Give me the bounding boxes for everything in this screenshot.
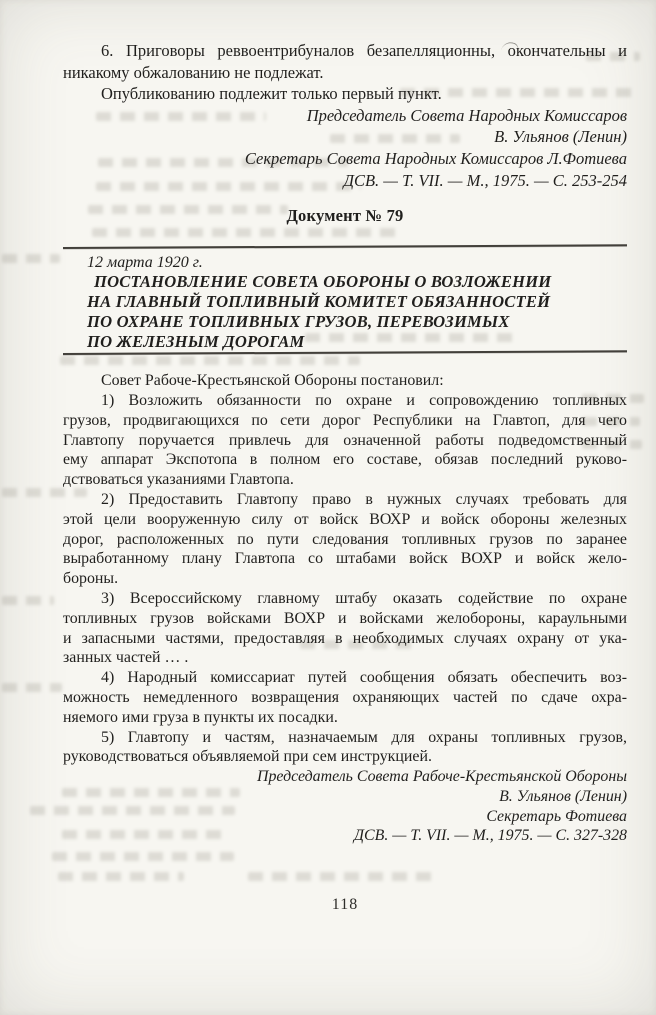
- text-line: этой цели вооруженную силу от войск ВОХР…: [63, 510, 627, 530]
- text-line: Опубликованию подлежит только первый пун…: [63, 83, 627, 105]
- title-line: ПОСТАНОВЛЕНИЕ СОВЕТА ОБОРОНЫ О ВОЗЛОЖЕНИ…: [87, 272, 627, 292]
- text-line: няемого ими груза в пункты их посадки.: [63, 708, 627, 728]
- text-line: занных частей … .: [63, 648, 627, 668]
- title-line: НА ГЛАВНЫЙ ТОПЛИВНЫЙ КОМИТЕТ ОБЯЗАННОСТЕ…: [87, 292, 627, 312]
- text-line: бороны.: [63, 569, 627, 589]
- text-line: Совет Рабоче-Крестьянской Обороны постан…: [63, 371, 627, 391]
- doc79-title: ПОСТАНОВЛЕНИЕ СОВЕТА ОБОРОНЫ О ВОЗЛОЖЕНИ…: [87, 272, 627, 352]
- bleed-through-artifact: [58, 872, 184, 881]
- doc79-paragraph-4: 4) Народный комиссариат путей сообщения …: [63, 668, 627, 727]
- doc79-paragraph-2: 2) Предоставить Главтопу право в нужных …: [63, 490, 627, 589]
- page-number: 118: [63, 896, 627, 914]
- doc79-paragraph-5: 5) Главтопу и частям, назначаемым для ох…: [63, 728, 627, 768]
- doc78-source-block: ДСВ. — Т. VII. — М., 1975. — С. 253-254: [63, 170, 627, 192]
- bleed-through-artifact: [2, 596, 54, 605]
- doc79-date: 12 марта 1920 г.: [87, 253, 627, 272]
- text-line: дорог, расположенных по пути следования …: [63, 530, 627, 550]
- signature-line: Председатель Совета Народных Комиссаров: [63, 105, 627, 127]
- text-line: 4) Народный комиссариат путей сообщения …: [63, 668, 627, 688]
- text-line: грузов, продвигающихся по сети дорог Рес…: [63, 411, 627, 431]
- text-line: топливных грузов войсками ВОХР и войскам…: [63, 609, 627, 629]
- text-line: дствоваться указаниями Главтопа.: [63, 470, 627, 490]
- doc78-signature-block: Председатель Совета Народных КомиссаровВ…: [63, 105, 627, 170]
- text-line: ему аппарат Экспотопа в полном его соста…: [63, 450, 627, 470]
- text-line: руководствоваться объявляемой при сем ин…: [63, 747, 627, 767]
- bleed-through-artifact: [2, 683, 62, 692]
- page-column: 6. Приговоры реввоентрибуналов безапелля…: [63, 40, 627, 846]
- signature-line: Секретарь Фотиева: [63, 807, 627, 827]
- scanned-book-page: 6. Приговоры реввоентрибуналов безапелля…: [0, 0, 656, 1015]
- bleed-through-artifact: [2, 254, 60, 263]
- text-line: 2) Предоставить Главтопу право в нужных …: [63, 490, 627, 510]
- doc79-title-block: 12 марта 1920 г. ПОСТАНОВЛЕНИЕ СОВЕТА ОБ…: [63, 249, 627, 353]
- doc78-closing: 6. Приговоры реввоентрибуналов безапелля…: [63, 40, 627, 191]
- signature-line: В. Ульянов (Ленин): [63, 126, 627, 148]
- doc79-heading-label: Документ № 79: [63, 206, 627, 226]
- doc78-publish-note: Опубликованию подлежит только первый пун…: [63, 83, 627, 105]
- bleed-through-artifact: [248, 872, 438, 881]
- text-line: 3) Всероссийскому главному штабу оказать…: [63, 589, 627, 609]
- doc79-signature-block: Председатель Совета Рабоче-Крестьянской …: [63, 767, 627, 826]
- doc79-paragraph-1: 1) Возложить обязанности по охране и соп…: [63, 391, 627, 490]
- text-line: 1) Возложить обязанности по охране и соп…: [63, 391, 627, 411]
- text-line: можность немедленного возвращения охраня…: [63, 688, 627, 708]
- text-line: никакому обжалованию не подлежат.: [63, 62, 627, 84]
- text-line: 6. Приговоры реввоентрибуналов безапелля…: [63, 40, 627, 62]
- title-line: ПО ЖЕЛЕЗНЫМ ДОРОГАМ: [87, 332, 627, 352]
- signature-line: Секретарь Совета Народных Комиссаров Л.Ф…: [63, 148, 627, 170]
- doc79-source-block: ДСВ. — Т. VII. — М., 1975. — С. 327-328: [63, 826, 627, 846]
- doc78-paragraph-6: 6. Приговоры реввоентрибуналов безапелля…: [63, 40, 627, 83]
- title-line: ПО ОХРАНЕ ТОПЛИВНЫХ ГРУЗОВ, ПЕРЕВОЗИМЫХ: [87, 312, 627, 332]
- doc79-body: Совет Рабоче-Крестьянской Обороны постан…: [63, 371, 627, 846]
- signature-line: В. Ульянов (Ленин): [63, 787, 627, 807]
- text-line: выработанному плану Главтопа со штабами …: [63, 549, 627, 569]
- doc79-paragraph-3: 3) Всероссийскому главному штабу оказать…: [63, 589, 627, 668]
- text-line: 5) Главтопу и частям, назначаемым для ох…: [63, 728, 627, 748]
- signature-line: Председатель Совета Рабоче-Крестьянской …: [63, 767, 627, 787]
- text-line: и запасными частями, предоставляя в необ…: [63, 629, 627, 649]
- text-line: Главтопу поручается привлечь для означен…: [63, 431, 627, 451]
- doc79-paragraph-intro: Совет Рабоче-Крестьянской Обороны постан…: [63, 371, 627, 391]
- source-citation: ДСВ. — Т. VII. — М., 1975. — С. 327-328: [63, 826, 627, 846]
- source-citation: ДСВ. — Т. VII. — М., 1975. — С. 253-254: [63, 170, 627, 192]
- bleed-through-artifact: [52, 852, 234, 861]
